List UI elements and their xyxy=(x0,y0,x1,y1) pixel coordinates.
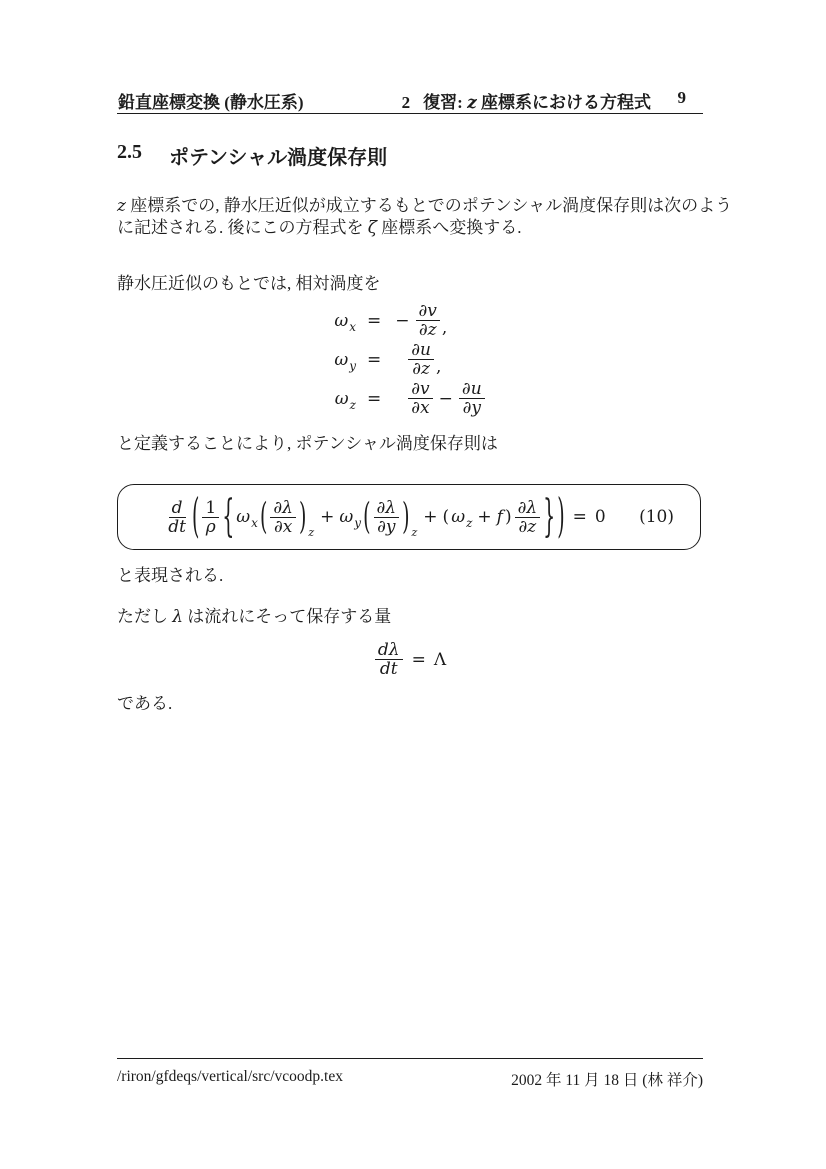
header-title-post: 座標系における方程式 xyxy=(477,93,651,112)
paragraph-definition: と定義することにより, ポテンシャル渦度保存則は xyxy=(117,433,717,455)
document-page: 鉛直座標変換 (静水圧系) 2復習: z 座標系における方程式 9 2.5 ポテ… xyxy=(0,0,826,1169)
potential-vorticity-equation: ddt(1ρ{ωx(∂λ∂x)z+ωy(∂λ∂y)z+(ωz+f)∂λ∂z})=… xyxy=(163,499,607,536)
paragraph-hydrostatic: 静水圧近似のもとでは, 相対渦度を xyxy=(117,273,717,295)
section-number: 2.5 xyxy=(117,141,142,170)
lambda-variable: λ xyxy=(172,607,183,627)
intro-line2-text: に記述される. 後にこの方程式を xyxy=(117,218,368,237)
intro-line2-text-end: 座標系へ変換する. xyxy=(377,218,522,237)
omega-z-lhs: ωz xyxy=(334,389,357,409)
omega-x-equals: = xyxy=(357,311,391,331)
omega-definition-equations: ωx = −∂v∂z, ωy = ∂u∂z, ωz = ∂v∂x−∂u∂y xyxy=(117,302,703,417)
omega-z-equals: = xyxy=(357,389,391,409)
header-running-title: 2復習: z 座標系における方程式 xyxy=(402,88,651,113)
omega-y-lhs: ωy xyxy=(333,350,357,370)
section-title: ポテンシャル渦度保存則 xyxy=(169,141,387,170)
page-header: 鉛直座標変換 (静水圧系) 2復習: z 座標系における方程式 9 xyxy=(117,86,703,114)
lambda-conservation-block: dλdt=Λ xyxy=(117,641,703,678)
paragraph-closing: である. xyxy=(117,693,717,715)
omega-y-equals: = xyxy=(357,350,391,370)
page-number: 9 xyxy=(678,88,687,108)
potential-vorticity-box: ddt(1ρ{ωx(∂λ∂x)z+ωy(∂λ∂y)z+(ωz+f)∂λ∂z})=… xyxy=(117,484,701,550)
footer-date-author: 2002 年 11 月 18 日 (林 祥介) xyxy=(511,1068,703,1090)
omega-x-lhs: ωx xyxy=(333,311,357,331)
omega-z-rhs: ∂v∂x−∂u∂y xyxy=(391,380,486,417)
omega-equation-grid: ωx = −∂v∂z, ωy = ∂u∂z, ωz = ∂v∂x−∂u∂y xyxy=(333,302,486,417)
paragraph-expressed: と表現される. xyxy=(117,565,717,587)
header-z-variable: z xyxy=(467,93,477,113)
omega-y-rhs: ∂u∂z, xyxy=(391,341,441,378)
paragraph-lambda-note: ただし λ は流れにそって保存する量 xyxy=(117,606,717,628)
header-title-pre: 復習: xyxy=(423,93,467,112)
page-footer: /riron/gfdeqs/vertical/src/vcoodp.tex 20… xyxy=(117,1058,703,1090)
intro-z-variable: z xyxy=(117,196,126,216)
omega-x-rhs: −∂v∂z, xyxy=(391,302,447,339)
paragraph-intro: z 座標系での, 静水圧近似が成立するもとでのポテンシャル渦度保存則は次のよう … xyxy=(117,195,717,239)
intro-zeta-variable: ζ xyxy=(368,218,377,238)
lambda-note-post: は流れにそって保存する量 xyxy=(183,607,391,626)
header-section-number: 2 xyxy=(402,93,411,112)
intro-line1-text: 座標系での, 静水圧近似が成立するもとでのポテンシャル渦度保存則は次のよう xyxy=(126,196,732,215)
lambda-conservation-equation: dλdt=Λ xyxy=(373,641,447,678)
section-heading: 2.5 ポテンシャル渦度保存則 xyxy=(117,141,387,170)
lambda-note-pre: ただし xyxy=(117,607,172,626)
footer-file-path: /riron/gfdeqs/vertical/src/vcoodp.tex xyxy=(117,1068,343,1090)
potential-vorticity-equation-wrap: ddt(1ρ{ωx(∂λ∂x)z+ωy(∂λ∂y)z+(ωz+f)∂λ∂z})=… xyxy=(118,485,700,549)
equation-number-tag: (10) xyxy=(639,507,674,527)
header-left-title: 鉛直座標変換 (静水圧系) xyxy=(118,88,304,113)
